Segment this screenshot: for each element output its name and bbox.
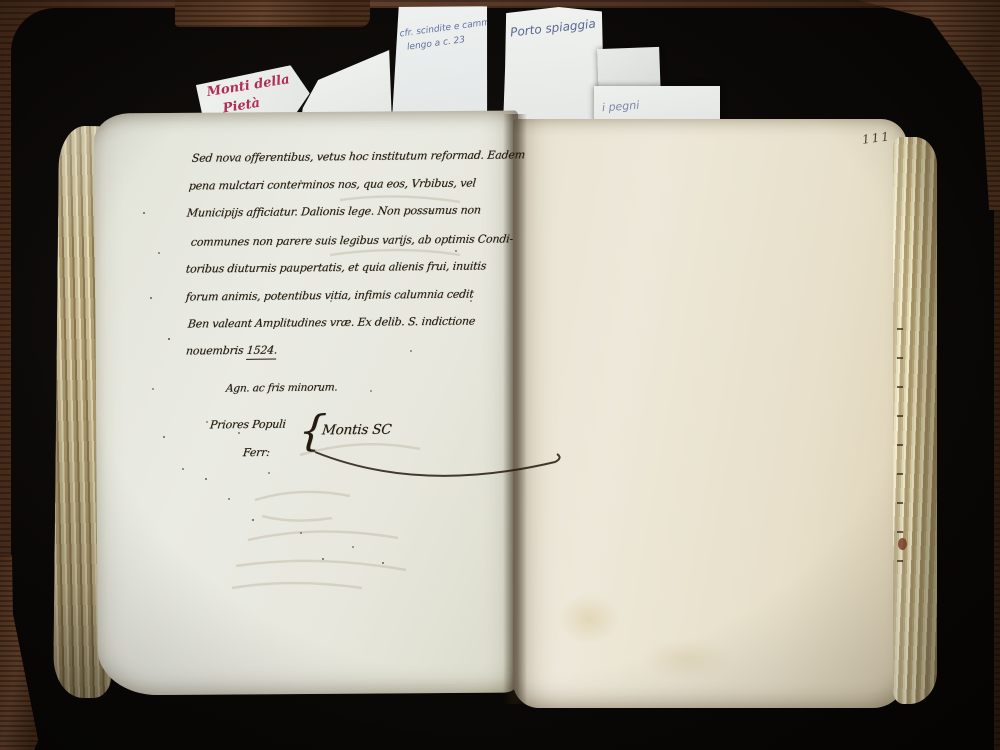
left-page: [94, 111, 522, 696]
signature-right: Montis SC: [321, 422, 392, 439]
tab-cfr-text-line1: cfr. scindite e camma: [399, 17, 496, 40]
tab-cfr-text-line2: lengo a c. 23: [407, 35, 466, 53]
page-stain: [640, 638, 732, 680]
wood-table-edge-top: [175, 0, 370, 27]
signature-row1: Priores Populi: [209, 418, 286, 432]
tab-pegni-text: i pegni: [602, 99, 640, 115]
date-prefix: nouembris: [185, 344, 247, 358]
signature-row2: Ferr:: [242, 446, 270, 459]
book-gutter-shadow: [503, 114, 527, 704]
attestation-line: Agn. ac fris minorum.: [225, 381, 338, 394]
fore-edge-red-mark: [898, 538, 907, 550]
photograph-of-manuscript: Monti della Pietà cfr. scindite e camma …: [0, 0, 1000, 750]
date-year-underlined: 1524.: [246, 344, 278, 360]
manuscript-date-line: nouembris 1524.: [185, 344, 278, 358]
page-stain: [558, 594, 620, 644]
tab-porto-text: Porto spiaggia: [510, 17, 597, 40]
ink-foxing-specks: [0, 0, 2, 2]
